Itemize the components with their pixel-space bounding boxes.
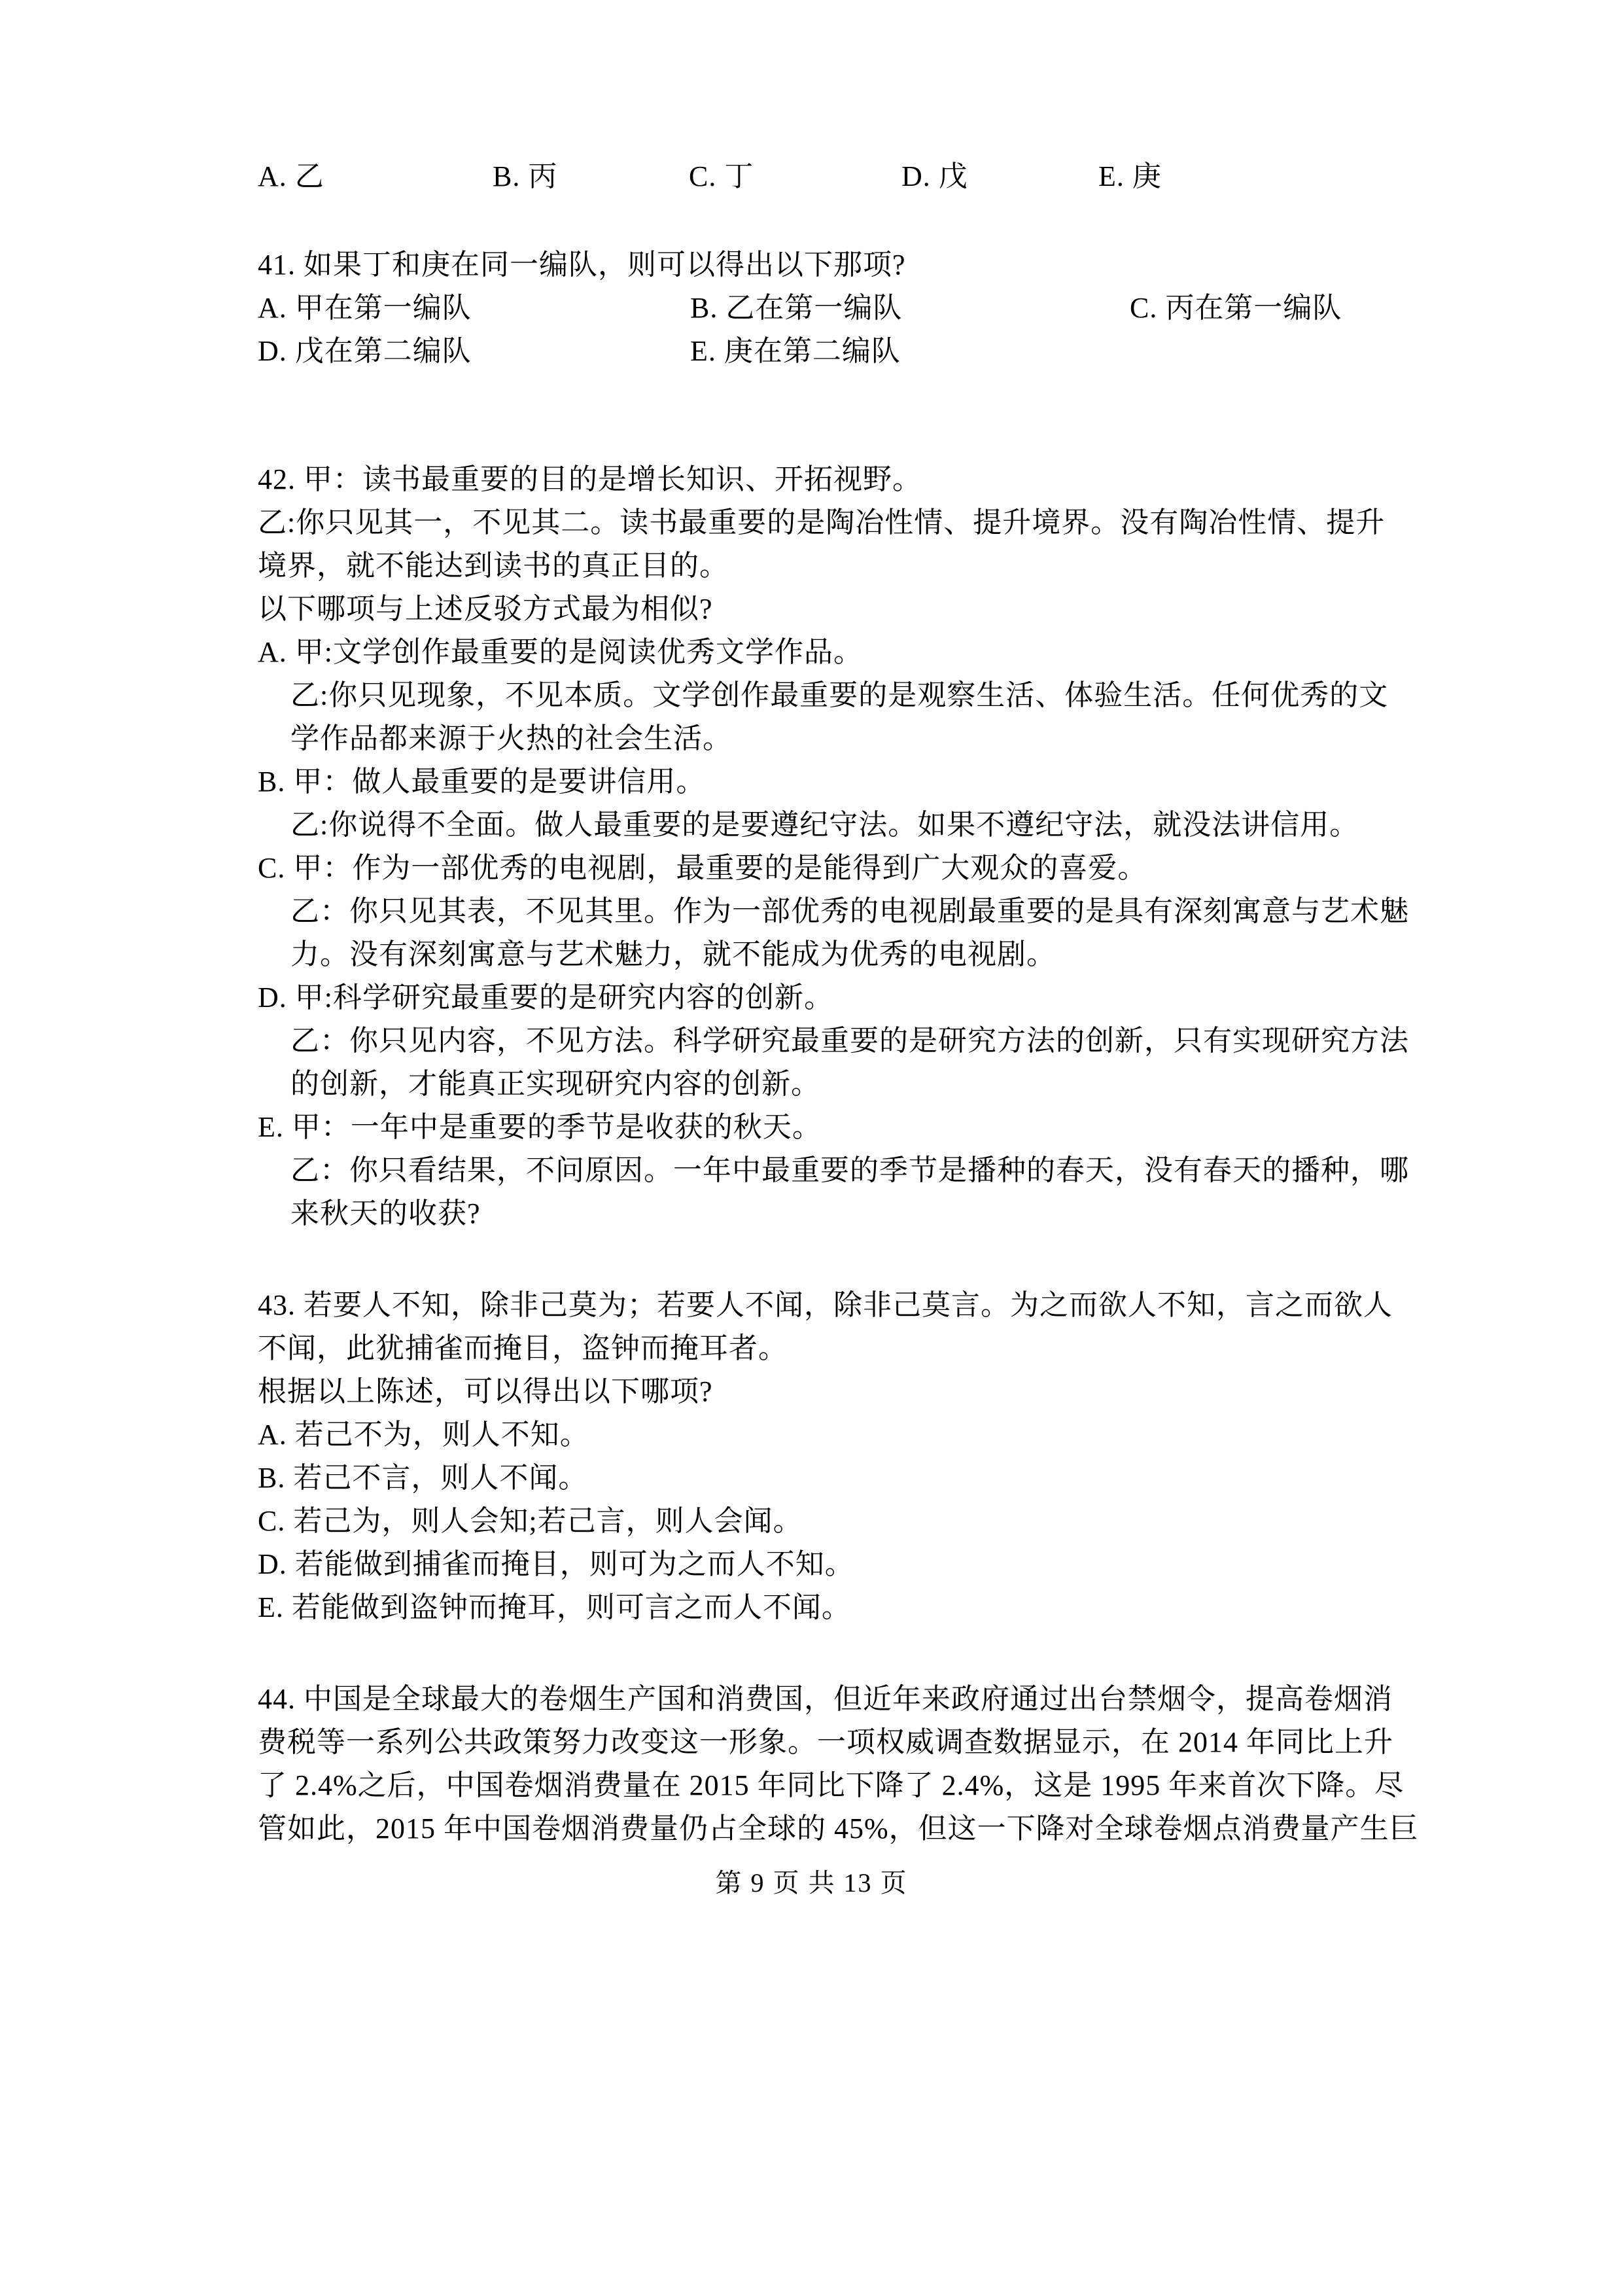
question-42-line: 42. 甲：读书最重要的目的是增长知识、开拓视野。 — [258, 458, 1370, 501]
question-43-option-c: C. 若己为，则人会知;若己言，则人会闻。 — [258, 1500, 1370, 1543]
question-41: 41. 如果丁和庚在同一编队，则可以得出以下那项? — [258, 243, 1370, 287]
question-42-line: 学作品都来源于火热的社会生活。 — [258, 717, 1370, 760]
question-42-line: 力。没有深刻寓意与艺术魅力，就不能成为优秀的电视剧。 — [258, 933, 1370, 976]
option-a: A. 甲在第一编队 — [258, 287, 472, 330]
question-44-line: 费税等一系列公共政策努力改变这一形象。一项权威调查数据显示，在 2014 年同比… — [258, 1721, 1370, 1764]
option-b: B. 乙在第一编队 — [690, 287, 902, 330]
question-43: 43. 若要人不知，除非己莫为；若要人不闻，除非己莫言。为之而欲人不知，言之而欲… — [258, 1284, 1370, 1629]
question-43-option-d: D. 若能做到捕雀而掩目，则可为之而人不知。 — [258, 1543, 1370, 1586]
question-42-line: 境界，就不能达到读书的真正目的。 — [258, 544, 1370, 588]
question-42-option-e: E. 甲：一年中是重要的季节是收获的秋天。 — [258, 1106, 1370, 1149]
question-41-stem: 41. 如果丁和庚在同一编队，则可以得出以下那项? — [258, 243, 1370, 287]
question-44-line: 了 2.4%之后，中国卷烟消费量在 2015 年同比下降了 2.4%，这是 19… — [258, 1764, 1370, 1807]
question-42-line: 来秋天的收获? — [258, 1192, 1370, 1235]
question-43-option-a: A. 若己不为，则人不知。 — [258, 1413, 1370, 1457]
question-42: 42. 甲：读书最重要的目的是增长知识、开拓视野。 乙:你只见其一，不见其二。读… — [258, 458, 1370, 1235]
question-43-line: 不闻，此犹捕雀而掩目，盗钟而掩耳者。 — [258, 1327, 1370, 1370]
question-42-line: 以下哪项与上述反驳方式最为相似? — [258, 588, 1370, 631]
question-42-line: 乙:你说得不全面。做人最重要的是要遵纪守法。如果不遵纪守法，就没法讲信用。 — [258, 804, 1370, 847]
option-d: D. 戊 — [901, 155, 968, 198]
question-42-line: 乙:你只见现象，不见本质。文学创作最重要的是观察生活、体验生活。任何优秀的文 — [258, 674, 1370, 717]
option-c: C. 丁 — [689, 155, 754, 198]
question-43-option-b: B. 若己不言，则人不闻。 — [258, 1457, 1370, 1500]
exam-document-page: A. 乙 B. 丙 C. 丁 D. 戊 E. 庚 41. 如果丁和庚在同一编队，… — [0, 0, 1623, 2296]
question-41-options-row-1: A. 甲在第一编队 B. 乙在第一编队 C. 丙在第一编队 — [258, 287, 1370, 330]
page-number-footer: 第 9 页 共 13 页 — [0, 1863, 1623, 1903]
question-42-option-d: D. 甲:科学研究最重要的是研究内容的创新。 — [258, 976, 1370, 1019]
prev-question-options-row: A. 乙 B. 丙 C. 丁 D. 戊 E. 庚 — [258, 155, 1370, 198]
question-43-line: 43. 若要人不知，除非己莫为；若要人不闻，除非己莫言。为之而欲人不知，言之而欲… — [258, 1284, 1370, 1327]
question-43-line: 根据以上陈述，可以得出以下哪项? — [258, 1370, 1370, 1413]
option-a: A. 乙 — [258, 155, 324, 198]
option-e: E. 庚 — [1098, 155, 1162, 198]
question-44-line: 44. 中国是全球最大的卷烟生产国和消费国，但近年来政府通过出台禁烟令，提高卷烟… — [258, 1678, 1370, 1721]
option-b: B. 丙 — [493, 155, 557, 198]
question-42-option-c: C. 甲：作为一部优秀的电视剧，最重要的是能得到广大观众的喜爱。 — [258, 847, 1370, 890]
question-42-line: 的创新，才能真正实现研究内容的创新。 — [258, 1063, 1370, 1106]
question-41-options-row-2: D. 戊在第二编队 E. 庚在第二编队 — [258, 330, 1370, 373]
option-d: D. 戊在第二编队 — [258, 330, 472, 373]
question-44-line: 管如此，2015 年中国卷烟消费量仍占全球的 45%，但这一下降对全球卷烟点消费… — [258, 1807, 1370, 1850]
option-e: E. 庚在第二编队 — [690, 330, 901, 373]
question-42-option-b: B. 甲：做人最重要的是要讲信用。 — [258, 760, 1370, 804]
question-42-line: 乙：你只看结果，不问原因。一年中最重要的季节是播种的春天，没有春天的播种，哪 — [258, 1149, 1370, 1192]
question-42-option-a: A. 甲:文学创作最重要的是阅读优秀文学作品。 — [258, 631, 1370, 674]
option-c: C. 丙在第一编队 — [1130, 287, 1342, 330]
question-43-option-e: E. 若能做到盗钟而掩耳，则可言之而人不闻。 — [258, 1586, 1370, 1629]
question-42-line: 乙:你只见其一，不见其二。读书最重要的是陶冶性情、提升境界。没有陶冶性情、提升 — [258, 501, 1370, 544]
question-42-line: 乙：你只见内容，不见方法。科学研究最重要的是研究方法的创新，只有实现研究方法 — [258, 1019, 1370, 1063]
question-42-line: 乙：你只见其表，不见其里。作为一部优秀的电视剧最重要的是具有深刻寓意与艺术魅 — [258, 890, 1370, 933]
question-44: 44. 中国是全球最大的卷烟生产国和消费国，但近年来政府通过出台禁烟令，提高卷烟… — [258, 1678, 1370, 1850]
